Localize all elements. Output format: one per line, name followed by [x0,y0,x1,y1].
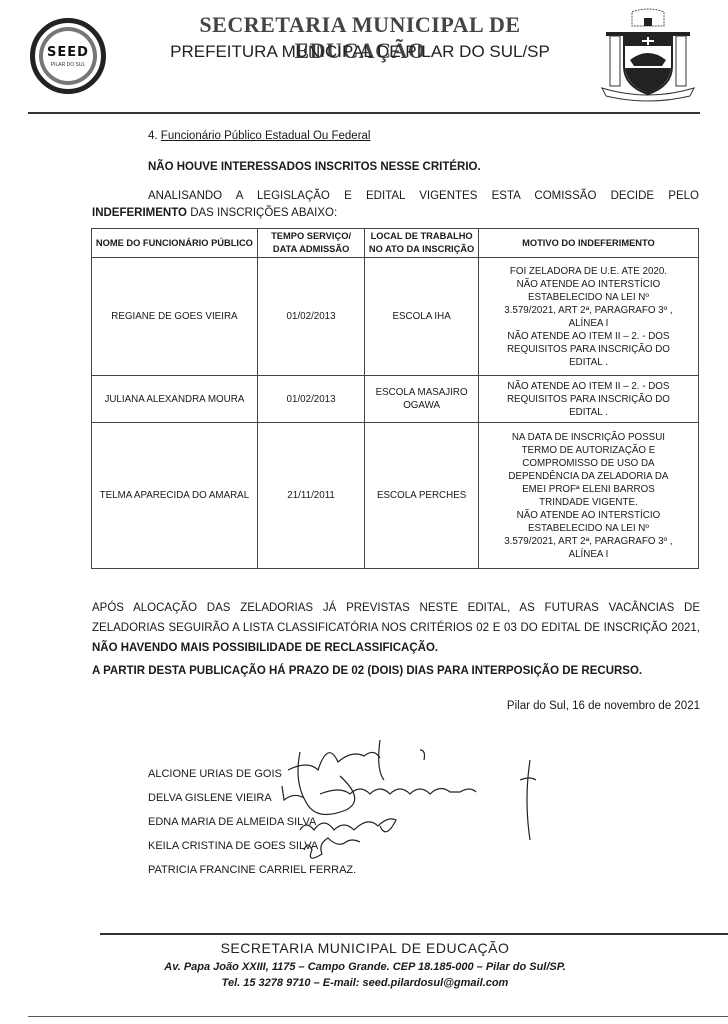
reason-line: ESTABELECIDO NA LEI Nº [482,291,695,304]
appeal-notice: A PARTIR DESTA PUBLICAÇÃO HÁ PRAZO DE 02… [92,665,642,677]
rejection-table: NOME DO FUNCIONÁRIO PÚBLICO TEMPO SERVIÇ… [91,228,699,569]
reason-line: TERMO DE AUTORIZAÇÃO E [482,444,695,457]
footer-bottom-divider [28,1016,728,1017]
reason-line: 3.579/2021, ART 2ª, PARAGRAFO 3º , [482,304,695,317]
reason-line: NÃO ATENDE AO ITEM II – 2. - DOS [482,380,695,393]
reason-line: EDITAL . [482,406,695,419]
reason-line: TRINDADE VIGENTE. [482,496,695,509]
table-row: REGIANE DE GOES VIEIRA01/02/2013ESCOLA I… [92,258,699,376]
cell-date: 01/02/2013 [257,376,365,423]
intro-paragraph: ANALISANDO A LEGISLAÇÃO E EDITAL VIGENTE… [92,188,699,222]
footer-divider [100,933,728,935]
reason-line: EMEI PROFª ELENI BARROS [482,483,695,496]
no-candidates-notice: NÃO HOUVE INTERESSADOS INSCRITOS NESSE C… [148,161,481,173]
reason-line: NA DATA DE INSCRIÇÃO POSSUI [482,431,695,444]
cell-location: ESCOLA PERCHES [365,423,479,569]
municipal-crest-icon [592,8,704,104]
header-subtitle: PREFEITURA MUNICIPAL DE PILAR DO SUL/SP [140,42,580,62]
cell-name: REGIANE DE GOES VIEIRA [92,258,258,376]
intro-bold: INDEFERIMENTO [92,207,187,219]
reason-line: EDITAL . [482,356,695,369]
cell-location: ESCOLA MASAJIRO OGAWA [365,376,479,423]
reason-line: ALÍNEA I [482,548,695,561]
reason-line: FOI ZELADORA DE U.E. ATE 2020. [482,265,695,278]
header-divider [28,112,700,114]
place-date: Pilar do Sul, 16 de novembro de 2021 [507,700,700,712]
cell-location: ESCOLA IHA [365,258,479,376]
header-name: NOME DO FUNCIONÁRIO PÚBLICO [92,229,258,258]
header-reason: MOTIVO DO INDEFERIMENTO [478,229,698,258]
cell-reason: NÃO ATENDE AO ITEM II – 2. - DOSREQUISIT… [478,376,698,423]
cell-reason: NA DATA DE INSCRIÇÃO POSSUITERMO DE AUTO… [478,423,698,569]
closing-paragraph: APÓS ALOCAÇÃO DAS ZELADORIAS JÁ PREVISTA… [92,598,700,658]
logo-subtext: PILAR DO SUL [51,62,85,68]
handwritten-signatures-icon [280,740,580,880]
footer-contact: Tel. 15 3278 9710 – E-mail: seed.pilardo… [100,977,630,989]
table-row: TELMA APARECIDA DO AMARAL21/11/2011ESCOL… [92,423,699,569]
seed-logo: SEED PILAR DO SUL [30,18,106,94]
table-header-row: NOME DO FUNCIONÁRIO PÚBLICO TEMPO SERVIÇ… [92,229,699,258]
reason-line: NÃO ATENDE AO ITEM II – 2. - DOS [482,330,695,343]
cell-reason: FOI ZELADORA DE U.E. ATE 2020.NÃO ATENDE… [478,258,698,376]
reason-line: REQUISITOS PARA INSCRIÇÃO DO [482,393,695,406]
header-date: TEMPO SERVIÇO/ DATA ADMISSÃO [257,229,365,258]
logo-text: SEED [47,45,89,60]
closing-bold: NÃO HAVENDO MAIS POSSIBILIDADE DE RECLAS… [92,642,438,654]
table-row: JULIANA ALEXANDRA MOURA01/02/2013ESCOLA … [92,376,699,423]
reason-line: DEPENDÊNCIA DA ZELADORIA DA [482,470,695,483]
intro-line-1: ANALISANDO A LEGISLAÇÃO E EDITAL VIGENTE… [92,188,699,205]
footer-title: SECRETARIA MUNICIPAL DE EDUCAÇÃO [100,940,630,956]
reason-line: 3.579/2021, ART 2ª, PARAGRAFO 3º , [482,535,695,548]
reason-line: REQUISITOS PARA INSCRIÇÃO DO [482,343,695,356]
reason-line: ALÍNEA I [482,317,695,330]
closing-text: APÓS ALOCAÇÃO DAS ZELADORIAS JÁ PREVISTA… [92,602,700,634]
cell-name: TELMA APARECIDA DO AMARAL [92,423,258,569]
section-number: 4. [148,130,158,142]
cell-date: 21/11/2011 [257,423,365,569]
section-title: 4. Funcionário Público Estadual Ou Feder… [148,130,370,142]
reason-line: COMPROMISSO DE USO DA [482,457,695,470]
intro-rest: DAS INSCRIÇÕES ABAIXO: [187,207,337,219]
section-label: Funcionário Público Estadual Ou Federal [161,130,371,142]
cell-name: JULIANA ALEXANDRA MOURA [92,376,258,423]
cell-date: 01/02/2013 [257,258,365,376]
header-location: LOCAL DE TRABALHO NO ATO DA INSCRIÇÃO [365,229,479,258]
reason-line: ESTABELECIDO NA LEI Nº [482,522,695,535]
footer-address: Av. Papa João XXIII, 1175 – Campo Grande… [100,961,630,973]
reason-line: NÃO ATENDE AO INTERSTÍCIO [482,278,695,291]
reason-line: NÃO ATENDE AO INTERSTÍCIO [482,509,695,522]
